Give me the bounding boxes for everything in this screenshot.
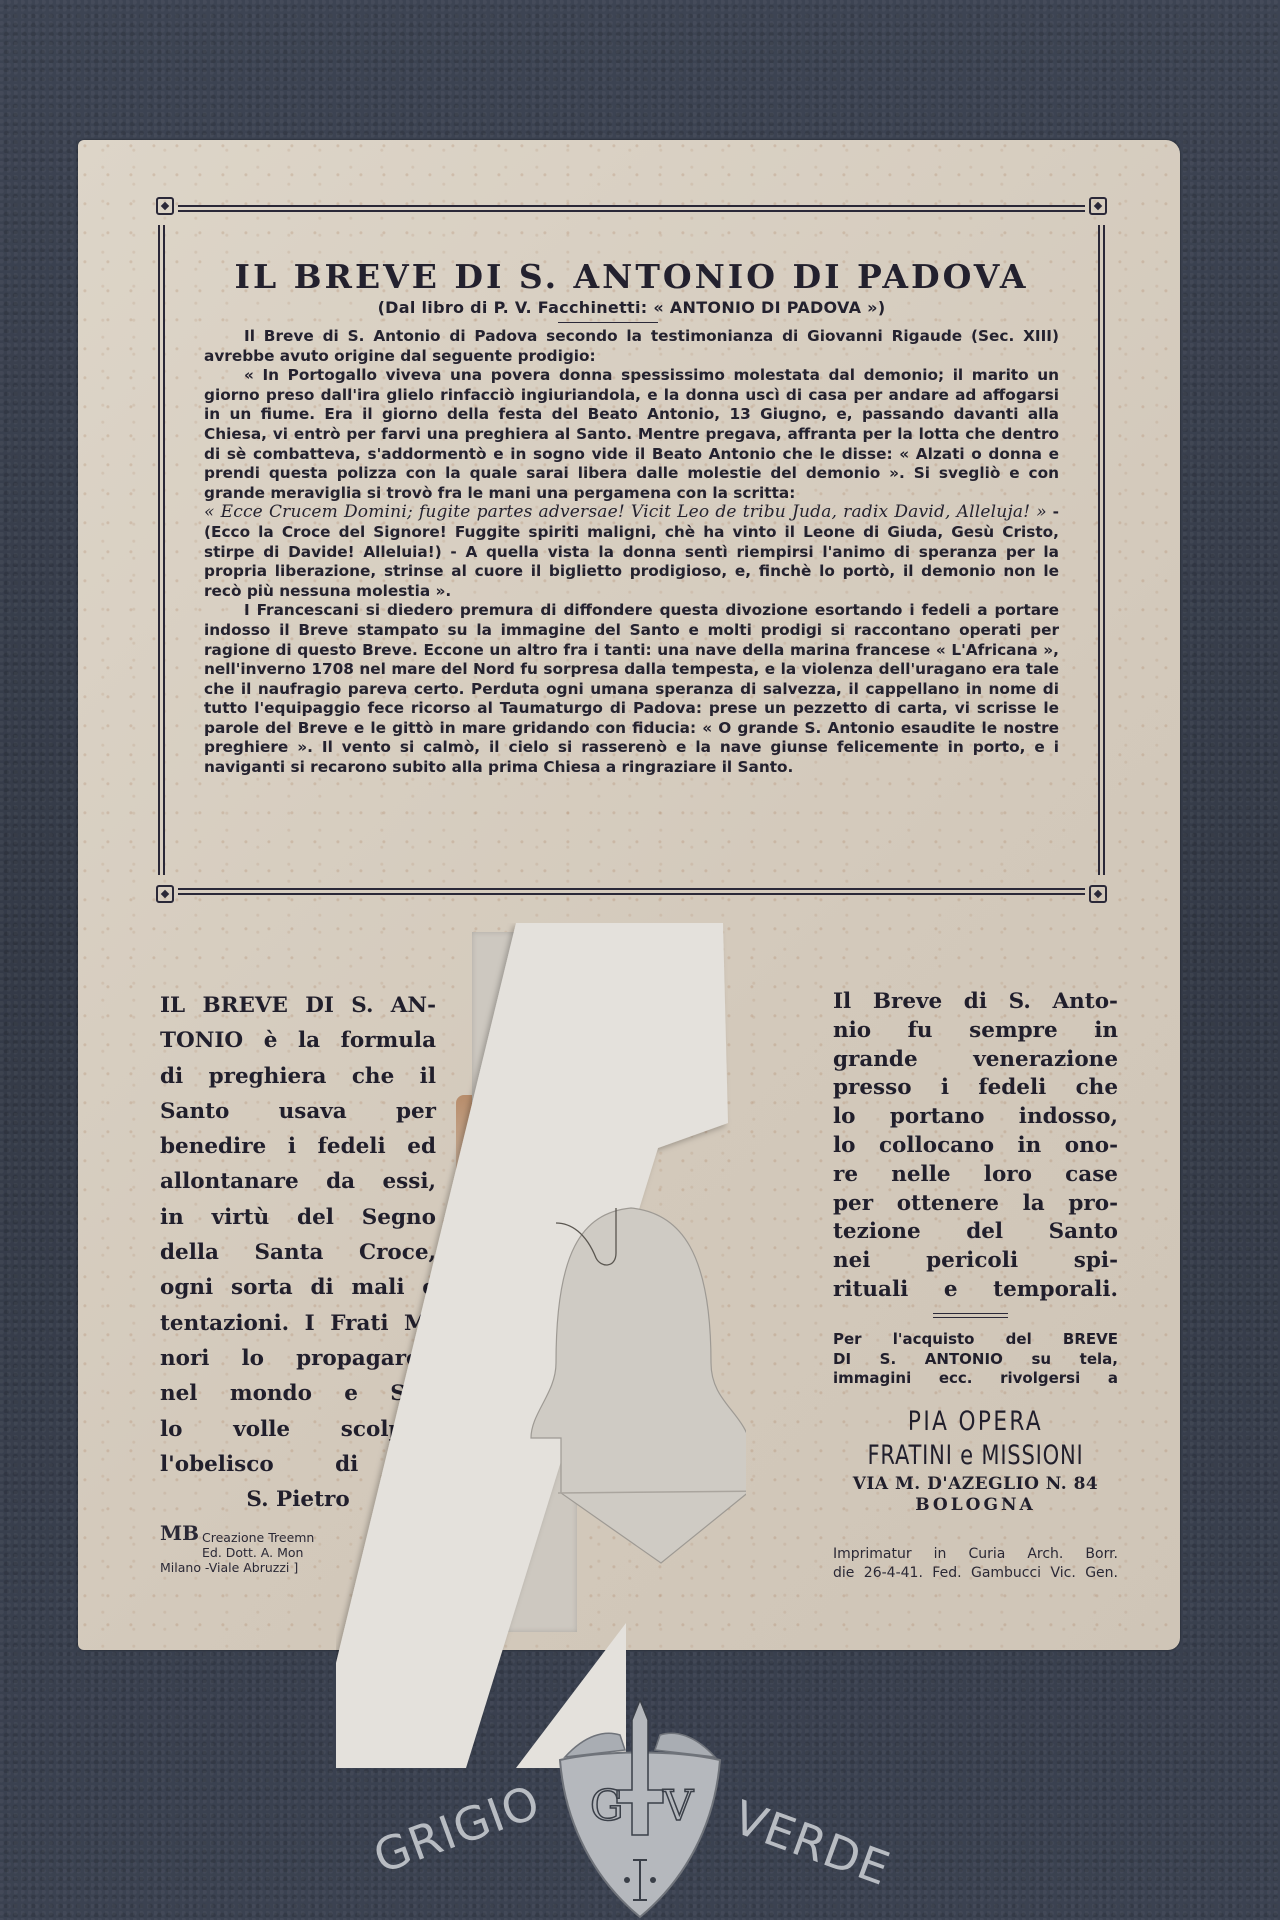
title-divider <box>558 322 658 323</box>
prayer-card-back: IL BREVE DI S. ANTONIO DI PADOVA (Dal li… <box>78 140 1180 1650</box>
section-divider <box>933 1317 1008 1318</box>
frame-left-outer-rule <box>158 225 160 875</box>
corner-ornament-icon <box>1089 885 1107 903</box>
card-title: IL BREVE DI S. ANTONIO DI PADOVA <box>158 257 1105 296</box>
organization-address: VIA M. D'AZEGLIO N. 84 <box>833 1473 1118 1495</box>
story-text: Il Breve di S. Antonio di Padova secondo… <box>204 327 1059 778</box>
right-column-text: Il Breve di S. Anto- nio fu sempre in gr… <box>833 988 1118 1305</box>
organization-city: BOLOGNA <box>833 1495 1118 1515</box>
frame-top-outer-rule <box>178 205 1085 207</box>
watermark-left-word: GRIGIO <box>367 1774 548 1884</box>
frame-bottom-inner-rule <box>178 888 1085 890</box>
svg-text:G: G <box>590 1781 624 1830</box>
corner-ornament-icon <box>156 885 174 903</box>
organization-block: PIA OPERA FRATINI e MISSIONI VIA M. D'AZ… <box>833 1405 1118 1515</box>
watermark-right-word: VERDE <box>727 1790 898 1896</box>
section-divider <box>933 1313 1008 1314</box>
frame-right-inner-rule <box>1098 225 1100 875</box>
right-line: presso i fedeli che <box>833 1074 1118 1103</box>
story-paragraph-ship: I Francescani si diedero premura di diff… <box>204 601 1059 777</box>
frame-right-outer-rule <box>1103 225 1105 875</box>
right-line: nei pericoli spi- <box>833 1247 1118 1276</box>
story-paragraph-intro: Il Breve di S. Antonio di Padova secondo… <box>204 327 1059 366</box>
right-line: lo collocano in ono- <box>833 1132 1118 1161</box>
right-line: Il Breve di S. Anto- <box>833 988 1118 1017</box>
imprimatur-line: die 26-4-41. Fed. Gambucci Vic. Gen. <box>833 1564 1118 1583</box>
corner-ornament-icon <box>1089 197 1107 215</box>
folding-stand[interactable] <box>336 923 746 1768</box>
right-line: grande venerazione <box>833 1046 1118 1075</box>
order-line: immagini ecc. rivolgersi a <box>833 1369 1118 1389</box>
imprimatur-line: Imprimatur in Curia Arch. Borr. <box>833 1545 1118 1564</box>
right-line: re nelle loro case <box>833 1161 1118 1190</box>
right-line: tezione del Santo <box>833 1218 1118 1247</box>
decorative-frame: IL BREVE DI S. ANTONIO DI PADOVA (Dal li… <box>158 205 1105 895</box>
right-line: per ottenere la pro- <box>833 1190 1118 1219</box>
organization-name-2: FRATINI e MISSIONI <box>864 1439 1086 1473</box>
card-subtitle: (Dal libro di P. V. Facchinetti: « ANTON… <box>158 298 1105 317</box>
organization-name-1: PIA OPERA <box>862 1405 1090 1439</box>
story-paragraph-legend: « In Portogallo viveva una povera donna … <box>204 366 1059 503</box>
order-line: Per l'acquisto del BREVE <box>833 1330 1118 1350</box>
svg-text:V: V <box>662 1781 694 1830</box>
right-line: nio fu sempre in <box>833 1017 1118 1046</box>
order-line: DI S. ANTONIO su tela, <box>833 1350 1118 1370</box>
right-line: lo portano indosso, <box>833 1103 1118 1132</box>
publisher-logo-icon: MB <box>160 1526 190 1562</box>
story-paragraph-prayer: « Ecce Crucem Domini; fugite partes adve… <box>204 503 1059 601</box>
right-line: rituali e temporali. <box>833 1276 1118 1305</box>
latin-prayer: « Ecce Crucem Domini; fugite partes adve… <box>204 502 1047 522</box>
imprimatur: Imprimatur in Curia Arch. Borr. die 26-4… <box>833 1545 1118 1583</box>
frame-bottom-outer-rule <box>178 893 1085 895</box>
frame-left-inner-rule <box>163 225 165 875</box>
order-info: Per l'acquisto del BREVE DI S. ANTONIO s… <box>833 1330 1118 1389</box>
frame-top-inner-rule <box>178 210 1085 212</box>
corner-ornament-icon <box>156 197 174 215</box>
